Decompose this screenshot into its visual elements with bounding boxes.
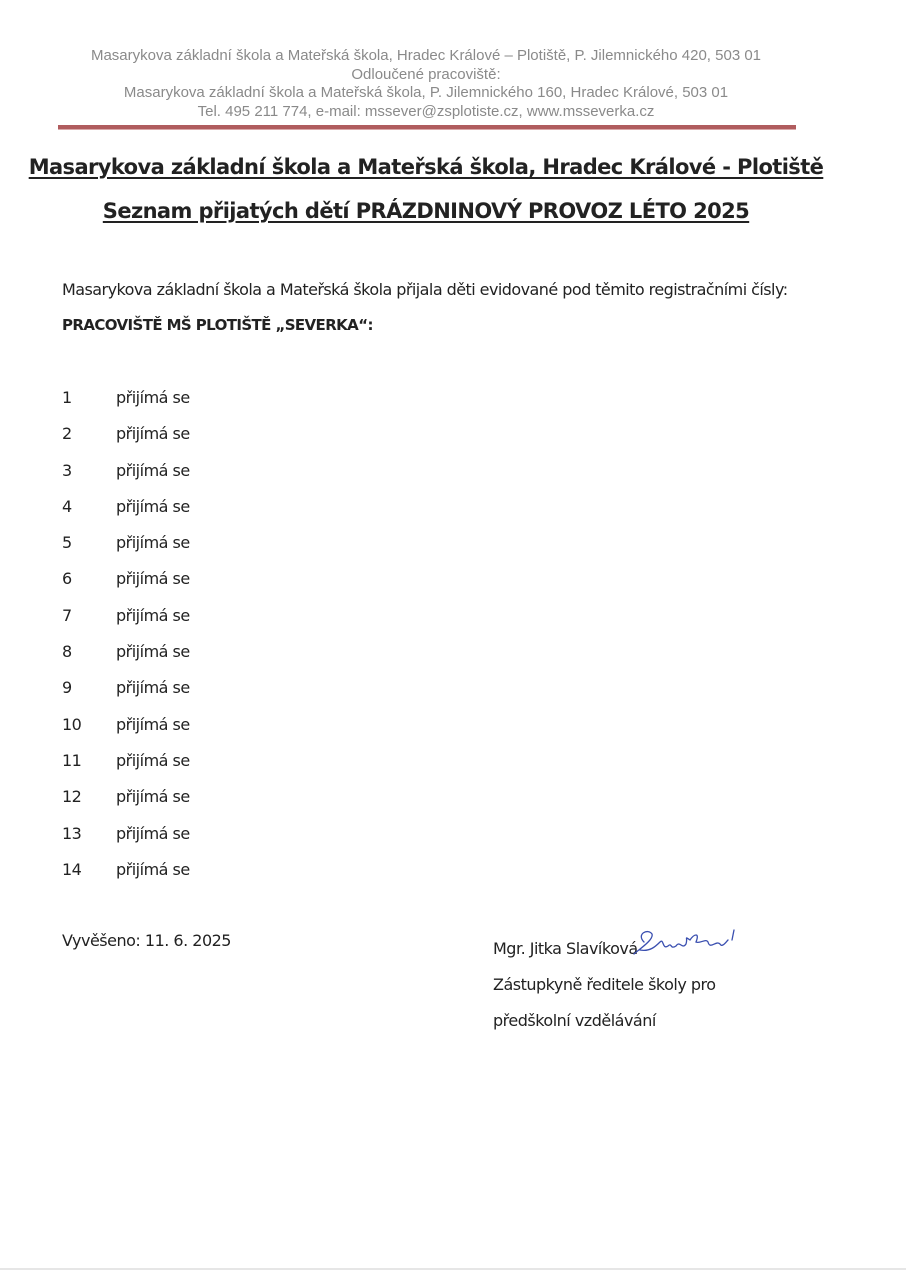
registration-number: 9 <box>62 678 116 714</box>
intro-text: Masarykova základní škola a Mateřská ško… <box>62 280 788 299</box>
letterhead-address-branch: Masarykova základní škola a Mateřská ško… <box>0 84 852 103</box>
admission-status: přijímá se <box>116 424 190 460</box>
registration-number: 6 <box>62 569 116 605</box>
letterhead-branch-label: Odloučené pracoviště: <box>0 66 852 85</box>
list-item: 11přijímá se <box>62 751 190 787</box>
admission-status: přijímá se <box>116 824 190 860</box>
list-item: 9přijímá se <box>62 678 190 714</box>
admission-status: přijímá se <box>116 569 190 605</box>
list-item: 4přijímá se <box>62 497 190 533</box>
list-item: 12přijímá se <box>62 787 190 823</box>
registration-number: 4 <box>62 497 116 533</box>
admission-list: 1přijímá se2přijímá se3přijímá se4přijím… <box>62 388 190 896</box>
letterhead-contact: Tel. 495 211 774, e-mail: mssever@zsplot… <box>0 103 852 122</box>
admission-status: přijímá se <box>116 461 190 497</box>
page-bottom-edge <box>0 1268 906 1270</box>
signatory-role-line2: předškolní vzdělávání <box>493 1003 716 1039</box>
admission-status: přijímá se <box>116 606 190 642</box>
list-item: 2přijímá se <box>62 424 190 460</box>
admission-status: přijímá se <box>116 715 190 751</box>
registration-number: 12 <box>62 787 116 823</box>
list-item: 8přijímá se <box>62 642 190 678</box>
document-title: Seznam přijatých dětí PRÁZDNINOVÝ PROVOZ… <box>0 199 852 223</box>
letterhead: Masarykova základní škola a Mateřská ško… <box>0 47 852 121</box>
admission-status: přijímá se <box>116 787 190 823</box>
school-title: Masarykova základní škola a Mateřská ško… <box>0 155 852 179</box>
admission-status: přijímá se <box>116 642 190 678</box>
registration-number: 14 <box>62 860 116 896</box>
list-item: 3přijímá se <box>62 461 190 497</box>
admission-status: přijímá se <box>116 860 190 896</box>
list-item: 7přijímá se <box>62 606 190 642</box>
signatory-role-line1: Zástupkyně ředitele školy pro <box>493 967 716 1003</box>
registration-number: 10 <box>62 715 116 751</box>
list-item: 1přijímá se <box>62 388 190 424</box>
admission-status: přijímá se <box>116 497 190 533</box>
registration-number: 3 <box>62 461 116 497</box>
admission-status: přijímá se <box>116 751 190 787</box>
registration-number: 7 <box>62 606 116 642</box>
list-item: 13přijímá se <box>62 824 190 860</box>
handwritten-signature-icon <box>630 920 750 960</box>
letterhead-divider-shadow <box>58 129 796 130</box>
list-item: 14přijímá se <box>62 860 190 896</box>
admission-status: přijímá se <box>116 388 190 424</box>
list-item: 10přijímá se <box>62 715 190 751</box>
section-heading: PRACOVIŠTĚ MŠ PLOTIŠTĚ „SEVERKA“: <box>62 316 373 334</box>
list-item: 6přijímá se <box>62 569 190 605</box>
registration-number: 8 <box>62 642 116 678</box>
letterhead-address-main: Masarykova základní škola a Mateřská ško… <box>0 47 852 66</box>
registration-number: 1 <box>62 388 116 424</box>
registration-number: 5 <box>62 533 116 569</box>
admission-status: přijímá se <box>116 678 190 714</box>
posted-date: Vyvěšeno: 11. 6. 2025 <box>62 931 231 950</box>
registration-number: 11 <box>62 751 116 787</box>
list-item: 5přijímá se <box>62 533 190 569</box>
registration-number: 2 <box>62 424 116 460</box>
admission-status: přijímá se <box>116 533 190 569</box>
registration-number: 13 <box>62 824 116 860</box>
